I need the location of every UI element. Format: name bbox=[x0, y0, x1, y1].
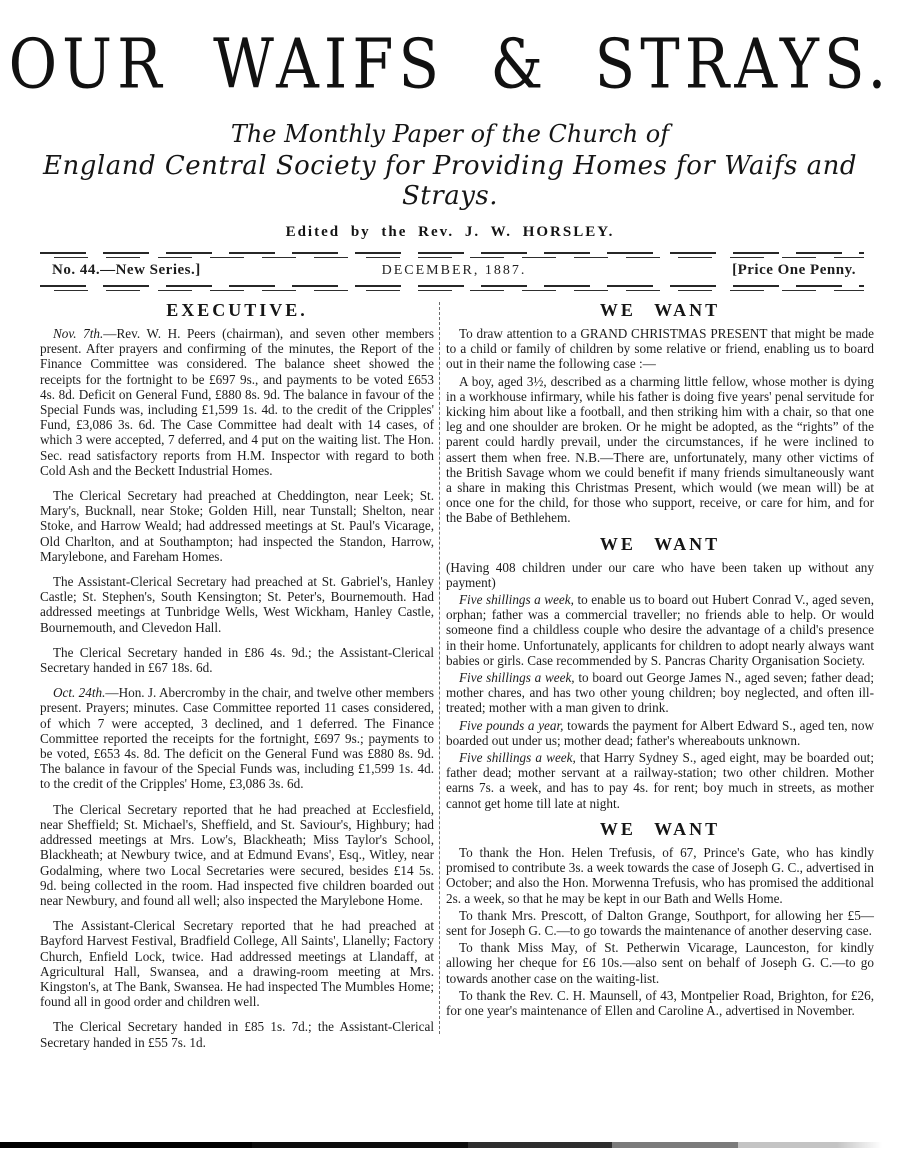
paragraph: Nov. 7th.—Rev. W. H. Peers (chairman), a… bbox=[40, 326, 434, 478]
masthead-rule-top bbox=[40, 251, 864, 259]
paragraph-text: The Assistant-Clerical Secretary reporte… bbox=[40, 918, 434, 1009]
paper-subtitle-line1: The Monthly Paper of the Church of bbox=[0, 120, 900, 148]
paragraph-text: To thank the Hon. Helen Trefusis, of 67,… bbox=[446, 845, 874, 906]
paper-subtitle-line2: England Central Society for Providing Ho… bbox=[0, 151, 900, 211]
issue-price: [Price One Penny. bbox=[588, 262, 856, 279]
paragraph-text: To draw attention to a GRAND CHRISTMAS P… bbox=[446, 326, 874, 371]
paragraph: The Clerical Secretary handed in £85 1s.… bbox=[40, 1019, 434, 1049]
paragraph-text: —Hon. J. Abercromby in the chair, and tw… bbox=[40, 685, 434, 791]
paragraph-lead: Oct. 24th. bbox=[53, 685, 105, 700]
section-heading-executive: EXECUTIVE. bbox=[40, 300, 434, 321]
masthead-rule-bottom bbox=[40, 284, 864, 292]
paragraph-lead: Five shillings a week, bbox=[459, 670, 575, 685]
paragraph-lead: Five shillings a week, bbox=[459, 592, 574, 607]
paragraph-text: The Clerical Secretary handed in £85 1s.… bbox=[40, 1019, 434, 1049]
paragraph: Five shillings a week, to board out Geor… bbox=[446, 670, 874, 716]
section-heading-we-want: WE WANT bbox=[446, 300, 874, 321]
paragraph: The Assistant-Clerical Secretary reporte… bbox=[40, 918, 434, 1009]
paragraph-text: The Clerical Secretary reported that he … bbox=[40, 802, 434, 908]
paragraph-lead: Nov. 7th. bbox=[53, 326, 103, 341]
paragraph-text: (Having 408 children under our care who … bbox=[446, 560, 874, 590]
issue-info-row: No. 44.—New Series.] DECEMBER, 1887. [Pr… bbox=[0, 259, 900, 282]
right-column: WE WANT To draw attention to a GRAND CHR… bbox=[446, 298, 874, 1060]
paragraph: A boy, aged 3½, described as a charming … bbox=[446, 374, 874, 526]
paragraph: To thank Miss May, of St. Petherwin Vica… bbox=[446, 940, 874, 986]
masthead: OUR WAIFS & STRAYS. The Monthly Paper of… bbox=[0, 0, 900, 292]
paragraph-text: The Clerical Secretary had preached at C… bbox=[40, 488, 434, 564]
paragraph: To thank the Hon. Helen Trefusis, of 67,… bbox=[446, 845, 874, 906]
paragraph-lead: Five shillings a week, bbox=[459, 750, 576, 765]
paragraph-text: To thank the Rev. C. H. Maunsell, of 43,… bbox=[446, 988, 874, 1018]
paragraph: To draw attention to a GRAND CHRISTMAS P… bbox=[446, 326, 874, 372]
editor-line: Edited by the Rev. J. W. HORSLEY. bbox=[0, 224, 900, 241]
paragraph-text: —Rev. W. H. Peers (chairman), and seven … bbox=[40, 326, 434, 478]
paragraph: Five pounds a year, towards the payment … bbox=[446, 718, 874, 748]
paragraph: The Clerical Secretary had preached at C… bbox=[40, 488, 434, 564]
we-want-section-3: WE WANT To thank the Hon. Helen Trefusis… bbox=[446, 819, 874, 1018]
paragraph: Five shillings a week, to enable us to b… bbox=[446, 592, 874, 668]
paragraph: To thank Mrs. Prescott, of Dalton Grange… bbox=[446, 908, 874, 938]
paragraph: The Clerical Secretary handed in £86 4s.… bbox=[40, 645, 434, 675]
paragraph-lead: Five pounds a year, bbox=[459, 718, 563, 733]
newspaper-page: OUR WAIFS & STRAYS. The Monthly Paper of… bbox=[0, 0, 900, 1151]
section-heading-we-want: WE WANT bbox=[446, 534, 874, 555]
paragraph-text: A boy, aged 3½, described as a charming … bbox=[446, 374, 874, 526]
we-want-section-2: WE WANT (Having 408 children under our c… bbox=[446, 534, 874, 811]
column-divider bbox=[439, 302, 440, 1034]
paragraph: Oct. 24th.—Hon. J. Abercromby in the cha… bbox=[40, 685, 434, 791]
issue-date: DECEMBER, 1887. bbox=[320, 263, 588, 279]
paragraph-text: To thank Miss May, of St. Petherwin Vica… bbox=[446, 940, 874, 985]
scan-artifact-bar bbox=[0, 1142, 900, 1148]
section-heading-we-want: WE WANT bbox=[446, 819, 874, 840]
page-body: EXECUTIVE. Nov. 7th.—Rev. W. H. Peers (c… bbox=[0, 292, 900, 1060]
paragraph-text: The Assistant-Clerical Secretary had pre… bbox=[40, 574, 434, 635]
paragraph: (Having 408 children under our care who … bbox=[446, 560, 874, 590]
paragraph-text: To thank Mrs. Prescott, of Dalton Grange… bbox=[446, 908, 874, 938]
left-column: EXECUTIVE. Nov. 7th.—Rev. W. H. Peers (c… bbox=[40, 298, 434, 1060]
paragraph: The Assistant-Clerical Secretary had pre… bbox=[40, 574, 434, 635]
paragraph: To thank the Rev. C. H. Maunsell, of 43,… bbox=[446, 988, 874, 1018]
paper-title: OUR WAIFS & STRAYS. bbox=[0, 24, 900, 104]
paragraph: Five shillings a week, that Harry Sydney… bbox=[446, 750, 874, 811]
issue-number: No. 44.—New Series.] bbox=[52, 262, 320, 279]
we-want-section-1: WE WANT To draw attention to a GRAND CHR… bbox=[446, 300, 874, 526]
paragraph-text: The Clerical Secretary handed in £86 4s.… bbox=[40, 645, 434, 675]
paragraph: The Clerical Secretary reported that he … bbox=[40, 802, 434, 908]
